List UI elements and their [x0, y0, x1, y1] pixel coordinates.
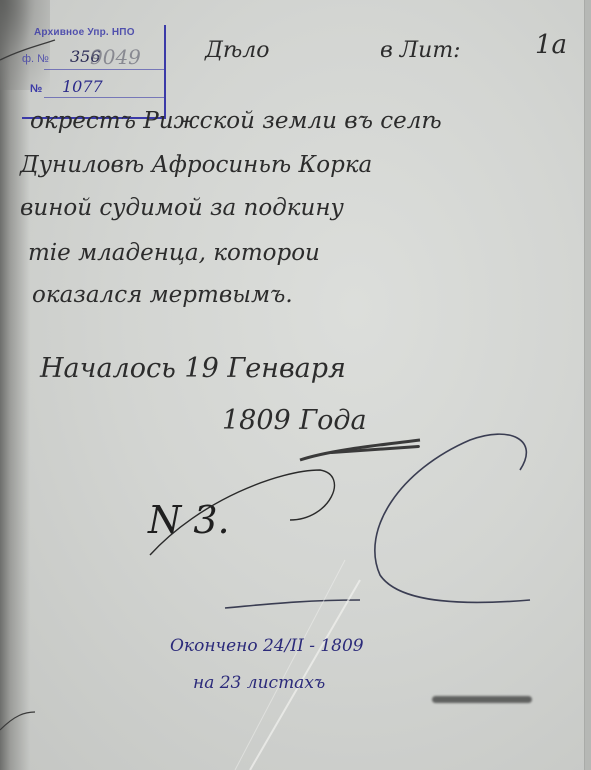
ink-smudge [432, 696, 532, 703]
sheet-count-note: на 23 листахъ [193, 673, 325, 693]
completion-note: Окончено 24/II - 1809 [170, 636, 364, 656]
